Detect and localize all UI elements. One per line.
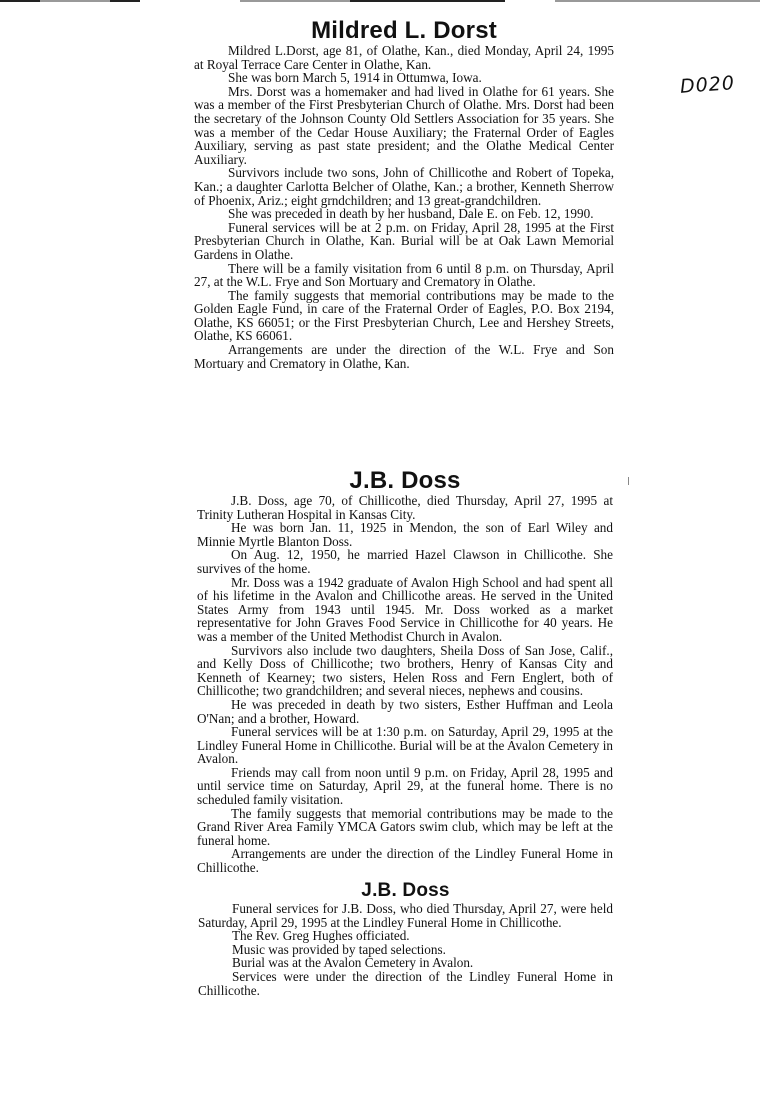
handwritten-annotation: D020 <box>679 72 735 98</box>
obituary-paragraph: Mildred L.Dorst, age 81, of Olathe, Kan.… <box>194 44 614 71</box>
obituary-body: Mildred L.Dorst, age 81, of Olathe, Kan.… <box>194 44 614 370</box>
obituary-paragraph: Survivors include two sons, John of Chil… <box>194 166 614 207</box>
obituary-jb-doss-services: J.B. Doss Funeral services for J.B. Doss… <box>198 880 613 997</box>
obituary-mildred-dorst: Mildred L. Dorst Mildred L.Dorst, age 81… <box>194 18 614 370</box>
obituary-paragraph: The family suggests that memorial contri… <box>197 807 613 848</box>
obituary-paragraph: She was preceded in death by her husband… <box>194 207 614 221</box>
obituary-paragraph: J.B. Doss, age 70, of Chillicothe, died … <box>197 494 613 521</box>
obituary-body: Funeral services for J.B. Doss, who died… <box>198 902 613 997</box>
obituary-paragraph: The Rev. Greg Hughes officiated. <box>198 929 613 943</box>
scan-edge-bar <box>0 0 760 2</box>
obituary-paragraph: Funeral services will be at 2 p.m. on Fr… <box>194 221 614 262</box>
obituary-paragraph: Music was provided by taped selections. <box>198 943 613 957</box>
obituary-paragraph: Survivors also include two daughters, Sh… <box>197 644 613 698</box>
obituary-paragraph: He was born Jan. 11, 1925 in Mendon, the… <box>197 521 613 548</box>
obituary-paragraph: Burial was at the Avalon Cemetery in Ava… <box>198 956 613 970</box>
obituary-title: J.B. Doss <box>198 880 613 902</box>
obituary-paragraph: Services were under the direction of the… <box>198 970 613 997</box>
obituary-paragraph: Mrs. Dorst was a homemaker and had lived… <box>194 85 614 167</box>
obituary-paragraph: There will be a family visitation from 6… <box>194 262 614 289</box>
scan-speck <box>628 477 629 485</box>
obituary-paragraph: Mr. Doss was a 1942 graduate of Avalon H… <box>197 576 613 644</box>
obituary-body: J.B. Doss, age 70, of Chillicothe, died … <box>197 494 613 875</box>
obituary-paragraph: The family suggests that memorial contri… <box>194 289 614 343</box>
obituary-paragraph: He was preceded in death by two sisters,… <box>197 698 613 725</box>
obituary-title: Mildred L. Dorst <box>194 18 614 44</box>
obituary-paragraph: On Aug. 12, 1950, he married Hazel Claws… <box>197 548 613 575</box>
obituary-paragraph: Arrangements are under the direction of … <box>197 847 613 874</box>
obituary-jb-doss: J.B. Doss J.B. Doss, age 70, of Chillico… <box>197 468 613 875</box>
obituary-paragraph: Arrangements are under the direction of … <box>194 343 614 370</box>
obituary-paragraph: She was born March 5, 1914 in Ottumwa, I… <box>194 71 614 85</box>
obituary-paragraph: Funeral services will be at 1:30 p.m. on… <box>197 725 613 766</box>
obituary-title: J.B. Doss <box>197 468 613 494</box>
obituary-paragraph: Funeral services for J.B. Doss, who died… <box>198 902 613 929</box>
obituary-paragraph: Friends may call from noon until 9 p.m. … <box>197 766 613 807</box>
